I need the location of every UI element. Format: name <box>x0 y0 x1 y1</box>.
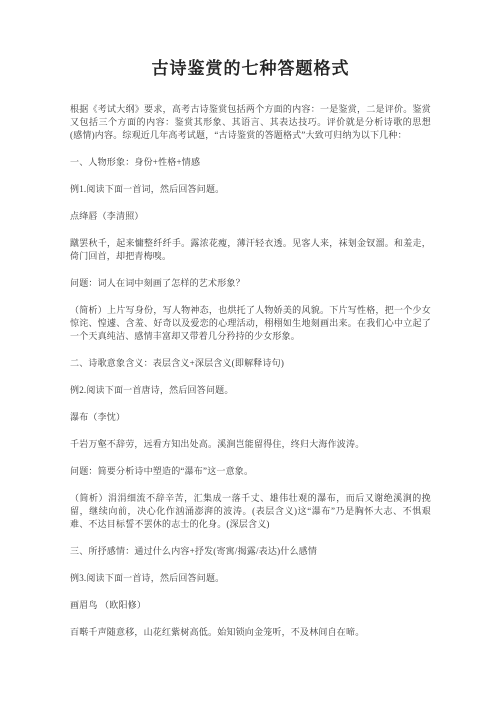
section-1-question: 问题：词人在词中刻画了怎样的艺术形象？ <box>70 277 431 290</box>
section-2-question: 问题：简要分析诗中塑造的“瀑布”这一意象。 <box>70 465 431 478</box>
section-2-heading: 二、诗歌意象含义：表层含义+深层含义(即解释诗句) <box>70 357 431 370</box>
intro-paragraph: 根据《考试大纲》要求，高考古诗鉴赏包括两个方面的内容：一是鉴赏，二是评价。鉴赏又… <box>70 103 431 142</box>
section-1-poem-text: 蹴罢秋千，起来慵整纤纤手。露浓花瘦，薄汗轻衣透。见客人来，袜刬金钗溜。和羞走，倚… <box>70 237 431 263</box>
document-title: 古诗鉴赏的七种答题格式 <box>70 54 431 79</box>
section-1-poem-title: 点绛唇（李清照） <box>70 210 431 223</box>
section-2-analysis: （简析）涓涓细流不辞辛苦，汇集成一落千丈、雄伟壮观的瀑布，而后又谢绝溪涧的挽留，… <box>70 492 431 531</box>
section-1-example-intro: 例1.阅读下面一首词，然后回答问题。 <box>70 183 431 196</box>
section-1-analysis: （简析）上片写身份，写人物神态，也烘托了人物娇美的风貌。下片写性格，把一个少女惊… <box>70 304 431 343</box>
section-2-poem-title: 瀑布（李忱） <box>70 411 431 424</box>
section-3-poem-title: 画眉鸟 （欧阳修） <box>70 599 431 612</box>
section-3-example-intro: 例3.阅读下面一首诗，然后回答问题。 <box>70 572 431 585</box>
section-character-image: 一、人物形象：身份+性格+情感 例1.阅读下面一首词，然后回答问题。 点绛唇（李… <box>70 156 431 343</box>
section-2-poem-text: 千岩万壑不辞劳，远看方知出处高。溪涧岂能留得住，终归大海作波涛。 <box>70 438 431 451</box>
section-1-heading: 一、人物形象：身份+性格+情感 <box>70 156 431 169</box>
section-expressed-feelings: 三、所抒感情：通过什么内容+抒发(寄寓/揭露/表达)什么感情 例3.阅读下面一首… <box>70 545 431 639</box>
section-2-example-intro: 例2.阅读下面一首唐诗，然后回答问题。 <box>70 384 431 397</box>
section-3-heading: 三、所抒感情：通过什么内容+抒发(寄寓/揭露/表达)什么感情 <box>70 545 431 558</box>
document-page: 古诗鉴赏的七种答题格式 根据《考试大纲》要求，高考古诗鉴赏包括两个方面的内容：一… <box>0 0 500 707</box>
section-3-poem-text: 百啭千声随意移，山花红紫树高低。始知锁向金笼听，不及林间自在啼。 <box>70 626 431 639</box>
section-imagery-meaning: 二、诗歌意象含义：表层含义+深层含义(即解释诗句) 例2.阅读下面一首唐诗，然后… <box>70 357 431 531</box>
